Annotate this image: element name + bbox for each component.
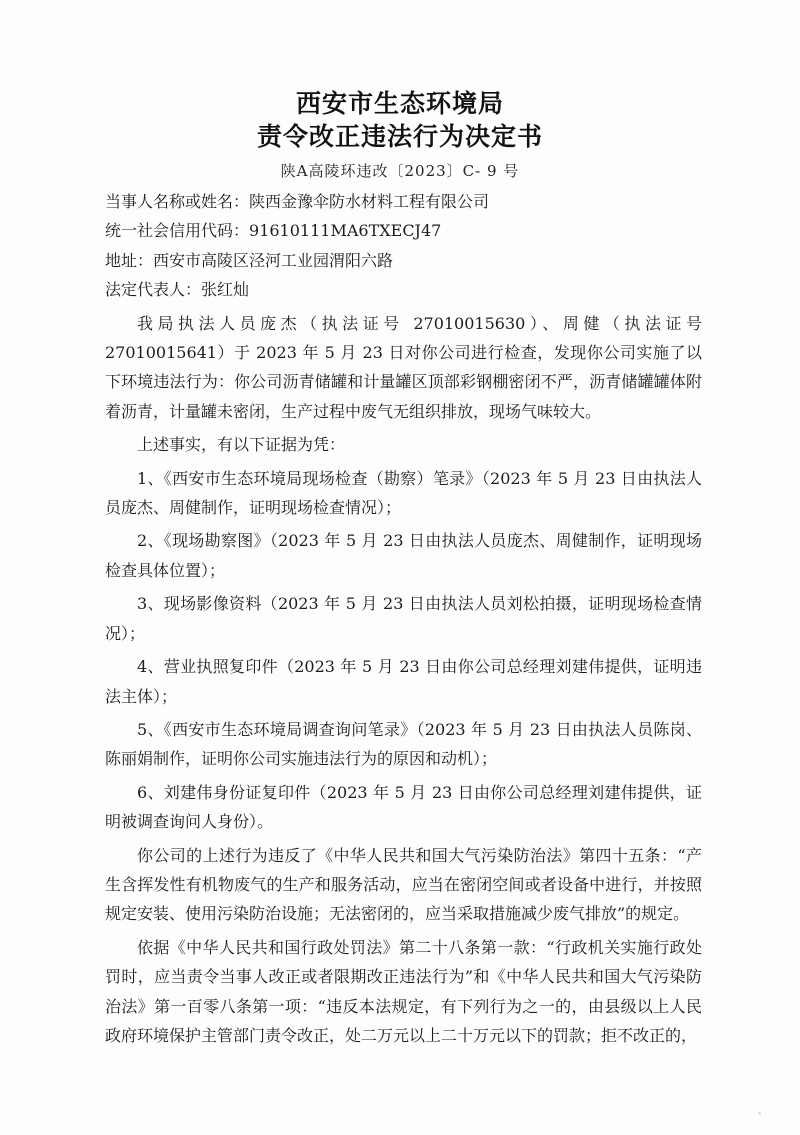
address-label: 地址：: [105, 251, 153, 270]
inspection-paragraph: 我局执法人员庞杰（执法证号 27010015630）、周健（执法证号 27010…: [105, 309, 702, 427]
document-body: 当事人名称或姓名：陕西金豫伞防水材料工程有限公司 统一社会信用代码：916101…: [105, 187, 702, 1050]
legal-basis-paragraph: 依据《中华人民共和国行政处罚法》第二十八条第一款：“行政机关实施行政处罚时，应当…: [105, 933, 702, 1051]
credit-code-value: 91610111MA6TXECJ47: [249, 221, 441, 240]
scan-speck: [758, 1112, 761, 1115]
legal-rep-value: 张红灿: [201, 280, 249, 299]
evidence-item: 4、营业执照复印件（2023 年 5 月 23 日由你公司总经理刘建伟提供，证明…: [105, 652, 702, 711]
credit-code-line: 统一社会信用代码：91610111MA6TXECJ47: [105, 216, 702, 245]
evidence-item: 5、《西安市生态环境局调查询问笔录》（2023 年 5 月 23 日由执法人员陈…: [105, 715, 702, 774]
evidence-item: 1、《西安市生态环境局现场检查（勘察）笔录》（2023 年 5 月 23 日由执…: [105, 464, 702, 523]
evidence-intro: 上述事实，有以下证据为凭：: [105, 430, 702, 459]
address-line: 地址：西安市高陵区泾河工业园渭阳六路: [105, 246, 702, 275]
violation-paragraph: 你公司的上述行为违反了《中华人民共和国大气污染防治法》第四十五条：“产生含挥发性…: [105, 841, 702, 929]
agency-name: 西安市生态环境局: [0, 84, 800, 120]
credit-code-label: 统一社会信用代码：: [105, 221, 249, 240]
party-name-label: 当事人名称或姓名：: [105, 192, 249, 211]
evidence-item: 2、《现场勘察图》（2023 年 5 月 23 日由执法人员庞杰、周健制作，证明…: [105, 526, 702, 585]
legal-rep-line: 法定代表人：张红灿: [105, 275, 702, 304]
document-number: 陕A高陵环违改〔2023〕C- 9 号: [0, 160, 800, 181]
address-value: 西安市高陵区泾河工业园渭阳六路: [153, 251, 393, 270]
party-name-value: 陕西金豫伞防水材料工程有限公司: [249, 192, 489, 211]
evidence-item: 3、现场影像资料（2023 年 5 月 23 日由执法人员刘松拍摄，证明现场检查…: [105, 589, 702, 648]
legal-rep-label: 法定代表人：: [105, 280, 201, 299]
document-title: 责令改正违法行为决定书: [0, 117, 800, 153]
evidence-item: 6、刘建伟身份证复印件（2023 年 5 月 23 日由你公司总经理刘建伟提供，…: [105, 778, 702, 837]
document-page: 西安市生态环境局 责令改正违法行为决定书 陕A高陵环违改〔2023〕C- 9 号…: [0, 0, 800, 1135]
party-name-line: 当事人名称或姓名：陕西金豫伞防水材料工程有限公司: [105, 187, 702, 216]
